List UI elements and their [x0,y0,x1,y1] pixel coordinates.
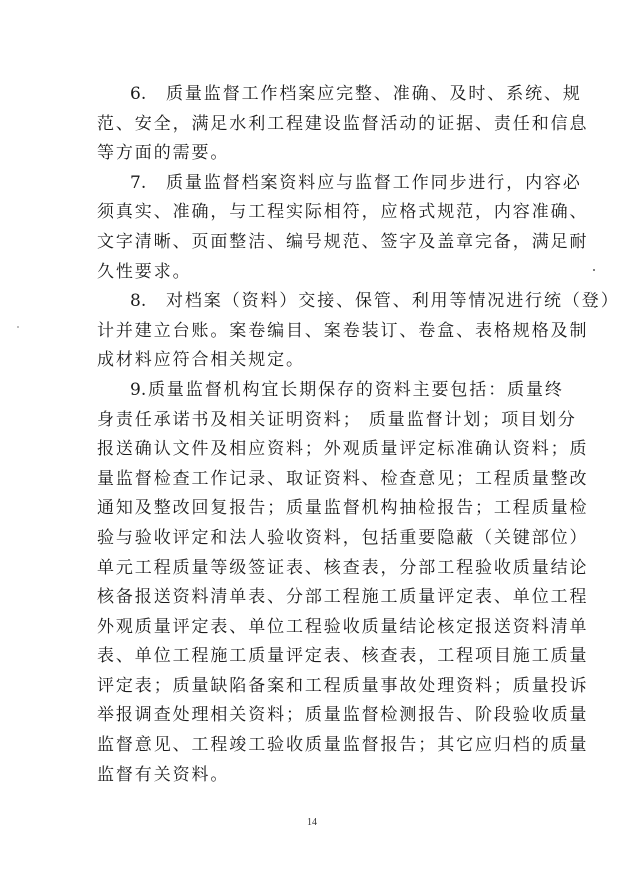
line-text: 对档案（资料）交接、保管、利用等情况进行统（登） [166,291,620,311]
document-page: 6.质量监督工作档案应完整、准确、及时、系统、规 范、安全，满足水利工程建设监督… [0,0,624,887]
paragraph-6: 6.质量监督工作档案应完整、准确、及时、系统、规 范、安全，满足水利工程建设监督… [97,80,537,169]
paragraph-number: 9. [130,376,148,406]
page-number: 14 [0,817,624,828]
paragraph-number: 7. [130,169,166,199]
text-line: 评定表；质量缺陷备案和工程质量事故处理资料；质量投诉 [97,672,537,702]
text-line: 举报调查处理相关资料；质量监督检测报告、阶段验收质量 [97,701,537,731]
body-text: 6.质量监督工作档案应完整、准确、及时、系统、规 范、安全，满足水利工程建设监督… [97,80,537,790]
text-line: 验与验收评定和法人验收资料，包括重要隐蔽（关键部位） [97,524,537,554]
paragraph-7: 7.质量监督档案资料应与监督工作同步进行，内容必 须真实、准确，与工程实际相符，… [97,169,537,287]
scan-speck [594,306,596,308]
text-line: 久性要求。 [97,258,537,288]
text-line: 文字清晰、页面整洁、编号规范、签字及盖章完备，满足耐 [97,228,537,258]
scan-speck [17,326,19,328]
paragraph-8: 8.对档案（资料）交接、保管、利用等情况进行统（登） 计并建立台账。案卷编目、案… [97,287,537,376]
text-line: 成材料应符合相关规定。 [97,346,537,376]
scan-speck [593,269,595,271]
line-text: 质量监督机构宜长期保存的资料主要包括：质量终 [148,380,564,400]
text-line: 核备报送资料清单表、分部工程施工质量评定表、单位工程 [97,583,537,613]
paragraph-number: 6. [130,80,166,110]
paragraph-number: 8. [130,287,166,317]
text-line: 7.质量监督档案资料应与监督工作同步进行，内容必 [97,169,537,199]
text-line: 表、单位工程施工质量评定表、核查表，工程项目施工质量 [97,642,537,672]
text-line: 监督有关资料。 [97,761,537,791]
text-line: 身责任承诺书及相关证明资料； 质量监督计划；项目划分 [97,406,537,436]
text-line: 6.质量监督工作档案应完整、准确、及时、系统、规 [97,80,537,110]
line-text: 质量监督工作档案应完整、准确、及时、系统、规 [166,84,582,104]
text-line: 8.对档案（资料）交接、保管、利用等情况进行统（登） [97,287,537,317]
text-line: 量监督检查工作记录、取证资料、检查意见；工程质量整改 [97,465,537,495]
text-line: 9.质量监督机构宜长期保存的资料主要包括：质量终 [97,376,537,406]
text-line: 计并建立台账。案卷编目、案卷装订、卷盒、表格规格及制 [97,317,537,347]
text-line: 单元工程质量等级签证表、核查表，分部工程验收质量结论 [97,554,537,584]
text-line: 监督意见、工程竣工验收质量监督报告；其它应归档的质量 [97,731,537,761]
paragraph-9: 9.质量监督机构宜长期保存的资料主要包括：质量终 身责任承诺书及相关证明资料； … [97,376,537,790]
text-line: 等方面的需要。 [97,139,537,169]
text-line: 范、安全，满足水利工程建设监督活动的证据、责任和信息 [97,110,537,140]
text-line: 报送确认文件及相应资料；外观质量评定标准确认资料；质 [97,435,537,465]
line-text: 质量监督档案资料应与监督工作同步进行，内容必 [166,173,582,193]
text-line: 通知及整改回复报告；质量监督机构抽检报告；工程质量检 [97,494,537,524]
text-line: 外观质量评定表、单位工程验收质量结论核定报送资料清单 [97,613,537,643]
text-line: 须真实、准确，与工程实际相符，应格式规范，内容准确、 [97,198,537,228]
